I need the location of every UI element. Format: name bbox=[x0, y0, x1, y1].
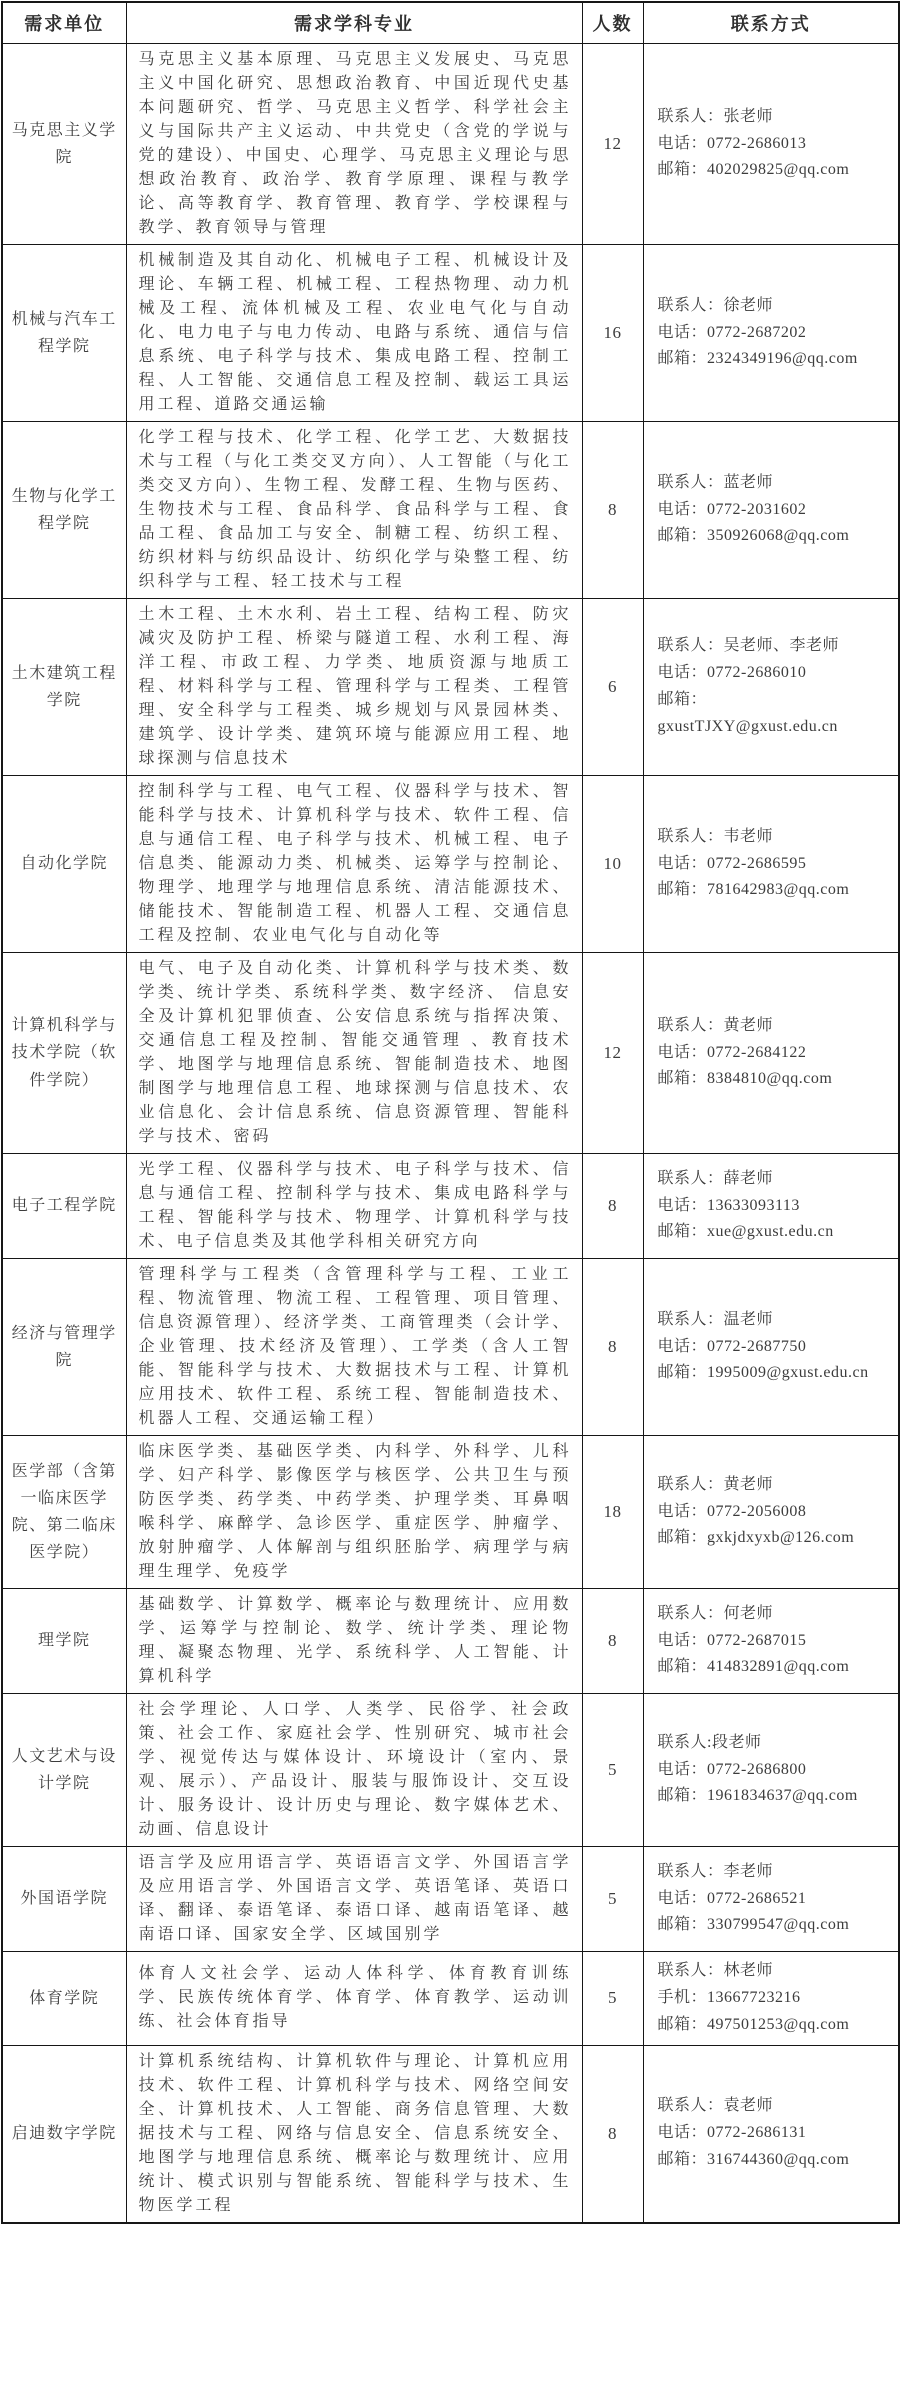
contact-line: 电话：0772-2686010 bbox=[658, 660, 893, 687]
contact-cell: 联系人：黄老师电话：0772-2056008邮箱：gxkjdxyxb@126.c… bbox=[643, 1436, 899, 1589]
count-cell: 8 bbox=[582, 1589, 643, 1694]
contact-line: 联系人：蓝老师 bbox=[658, 470, 893, 497]
table-row: 自动化学院控制科学与工程、电气工程、仪器科学与技术、智能科学与技术、计算机科学与… bbox=[2, 776, 899, 953]
contact-cell: 联系人：薛老师电话：13633093113邮箱：xue@gxust.edu.cn bbox=[643, 1154, 899, 1259]
majors-cell: 计算机系统结构、计算机软件与理论、计算机应用技术、软件工程、计算机科学与技术、网… bbox=[126, 2045, 582, 2223]
table-row: 机械与汽车工程学院机械制造及其自动化、机械电子工程、机械设计及理论、车辆工程、机… bbox=[2, 245, 899, 422]
unit-cell: 电子工程学院 bbox=[2, 1154, 126, 1259]
contact-line: 邮箱：1961834637@qq.com bbox=[658, 1783, 893, 1810]
document-page: 需求单位 需求学科专业 人数 联系方式 马克思主义学院马克思主义基本原理、马克思… bbox=[0, 0, 900, 2225]
contact-line: 邮箱：316744360@qq.com bbox=[658, 2147, 893, 2174]
contact-line: 电话：0772-2686595 bbox=[658, 851, 893, 878]
table-row: 马克思主义学院马克思主义基本原理、马克思主义发展史、马克思主义中国化研究、思想政… bbox=[2, 44, 899, 245]
contact-cell: 联系人：徐老师电话：0772-2687202邮箱：2324349196@qq.c… bbox=[643, 245, 899, 422]
contact-cell: 联系人：何老师电话：0772-2687015邮箱：414832891@qq.co… bbox=[643, 1589, 899, 1694]
count-cell: 8 bbox=[582, 1259, 643, 1436]
contact-line: 联系人：黄老师 bbox=[658, 1013, 893, 1040]
contact-cell: 联系人：袁老师电话：0772-2686131邮箱：316744360@qq.co… bbox=[643, 2045, 899, 2223]
contact-line: 联系人：林老师 bbox=[658, 1958, 893, 1985]
majors-cell: 土木工程、土木水利、岩土工程、结构工程、防灾减灾及防护工程、桥梁与隧道工程、水利… bbox=[126, 599, 582, 776]
table-header: 需求单位 需求学科专业 人数 联系方式 bbox=[2, 2, 899, 44]
count-cell: 8 bbox=[582, 422, 643, 599]
contact-line: 联系人：薛老师 bbox=[658, 1166, 893, 1193]
majors-cell: 电气、电子及自动化类、计算机科学与技术类、数学类、统计学类、系统科学类、数字经济… bbox=[126, 953, 582, 1154]
contact-line: 联系人：温老师 bbox=[658, 1307, 893, 1334]
count-cell: 8 bbox=[582, 1154, 643, 1259]
table-row: 外国语学院语言学及应用语言学、英语语言文学、外国语言学及应用语言学、外国语言文学… bbox=[2, 1847, 899, 1952]
contact-line: 电话：0772-2686013 bbox=[658, 131, 893, 158]
table-row: 启迪数字学院计算机系统结构、计算机软件与理论、计算机应用技术、软件工程、计算机科… bbox=[2, 2045, 899, 2223]
majors-cell: 临床医学类、基础医学类、内科学、外科学、儿科学、妇产科学、影像医学与核医学、公共… bbox=[126, 1436, 582, 1589]
table-row: 土木建筑工程学院土木工程、土木水利、岩土工程、结构工程、防灾减灾及防护工程、桥梁… bbox=[2, 599, 899, 776]
count-cell: 18 bbox=[582, 1436, 643, 1589]
table-row: 体育学院体育人文社会学、运动人体科学、体育教育训练学、民族传统体育学、体育学、体… bbox=[2, 1952, 899, 2046]
count-cell: 10 bbox=[582, 776, 643, 953]
count-cell: 5 bbox=[582, 1694, 643, 1847]
contact-line: 电话：0772-2684122 bbox=[658, 1040, 893, 1067]
contact-cell: 联系人:段老师电话：0772-2686800邮箱：1961834637@qq.c… bbox=[643, 1694, 899, 1847]
unit-cell: 体育学院 bbox=[2, 1952, 126, 2046]
table-body: 马克思主义学院马克思主义基本原理、马克思主义发展史、马克思主义中国化研究、思想政… bbox=[2, 44, 899, 2223]
column-header-count: 人数 bbox=[582, 2, 643, 44]
majors-cell: 体育人文社会学、运动人体科学、体育教育训练学、民族传统体育学、体育学、体育教学、… bbox=[126, 1952, 582, 2046]
contact-line: 联系人：张老师 bbox=[658, 104, 893, 131]
contact-cell: 联系人：吴老师、李老师电话：0772-2686010邮箱：gxustTJXY@g… bbox=[643, 599, 899, 776]
unit-cell: 机械与汽车工程学院 bbox=[2, 245, 126, 422]
count-cell: 5 bbox=[582, 1952, 643, 2046]
contact-line: 联系人：黄老师 bbox=[658, 1472, 893, 1499]
contact-line: 电话：13633093113 bbox=[658, 1193, 893, 1220]
contact-line: 联系人：何老师 bbox=[658, 1601, 893, 1628]
unit-cell: 人文艺术与设计学院 bbox=[2, 1694, 126, 1847]
count-cell: 12 bbox=[582, 953, 643, 1154]
majors-cell: 光学工程、仪器科学与技术、电子科学与技术、信息与通信工程、控制科学与技术、集成电… bbox=[126, 1154, 582, 1259]
contact-line: 邮箱：xue@gxust.edu.cn bbox=[658, 1219, 893, 1246]
majors-cell: 社会学理论、人口学、人类学、民俗学、社会政策、社会工作、家庭社会学、性别研究、城… bbox=[126, 1694, 582, 1847]
contact-cell: 联系人：黄老师电话：0772-2684122邮箱：8384810@qq.com bbox=[643, 953, 899, 1154]
table-row: 理学院基础数学、计算数学、概率论与数理统计、应用数学、运筹学与控制论、数学、统计… bbox=[2, 1589, 899, 1694]
contact-cell: 联系人：张老师电话：0772-2686013邮箱：402029825@qq.co… bbox=[643, 44, 899, 245]
unit-cell: 土木建筑工程学院 bbox=[2, 599, 126, 776]
contact-line: 电话：0772-2687750 bbox=[658, 1334, 893, 1361]
unit-cell: 理学院 bbox=[2, 1589, 126, 1694]
contact-line: 邮箱：350926068@qq.com bbox=[658, 523, 893, 550]
contact-cell: 联系人：蓝老师电话：0772-2031602邮箱：350926068@qq.co… bbox=[643, 422, 899, 599]
contact-line: 电话：0772-2031602 bbox=[658, 497, 893, 524]
contact-line: 邮箱：330799547@qq.com bbox=[658, 1912, 893, 1939]
contact-line: 邮箱：402029825@qq.com bbox=[658, 157, 893, 184]
majors-cell: 语言学及应用语言学、英语语言文学、外国语言学及应用语言学、外国语言文学、英语笔译… bbox=[126, 1847, 582, 1952]
contact-line: gxustTJXY@gxust.edu.cn bbox=[658, 714, 893, 741]
contact-line: 电话：0772-2687015 bbox=[658, 1628, 893, 1655]
table-row: 经济与管理学院管理科学与工程类（含管理科学与工程、工业工程、物流管理、物流工程、… bbox=[2, 1259, 899, 1436]
unit-cell: 计算机科学与技术学院（软件学院） bbox=[2, 953, 126, 1154]
contact-line: 手机：13667723216 bbox=[658, 1985, 893, 2012]
header-row: 需求单位 需求学科专业 人数 联系方式 bbox=[2, 2, 899, 44]
count-cell: 16 bbox=[582, 245, 643, 422]
contact-line: 电话：0772-2687202 bbox=[658, 320, 893, 347]
contact-line: 邮箱：gxkjdxyxb@126.com bbox=[658, 1525, 893, 1552]
table-row: 电子工程学院光学工程、仪器科学与技术、电子科学与技术、信息与通信工程、控制科学与… bbox=[2, 1154, 899, 1259]
contact-line: 联系人：吴老师、李老师 bbox=[658, 633, 893, 660]
contact-cell: 联系人：李老师电话：0772-2686521邮箱：330799547@qq.co… bbox=[643, 1847, 899, 1952]
contact-line: 邮箱： bbox=[658, 687, 893, 714]
table-row: 计算机科学与技术学院（软件学院）电气、电子及自动化类、计算机科学与技术类、数学类… bbox=[2, 953, 899, 1154]
contact-line: 电话：0772-2686131 bbox=[658, 2120, 893, 2147]
unit-cell: 马克思主义学院 bbox=[2, 44, 126, 245]
count-cell: 5 bbox=[582, 1847, 643, 1952]
majors-cell: 机械制造及其自动化、机械电子工程、机械设计及理论、车辆工程、机械工程、工程热物理… bbox=[126, 245, 582, 422]
contact-line: 联系人：李老师 bbox=[658, 1859, 893, 1886]
contact-line: 联系人:段老师 bbox=[658, 1730, 893, 1757]
unit-cell: 医学部（含第一临床医学院、第二临床医学院） bbox=[2, 1436, 126, 1589]
contact-cell: 联系人：温老师电话：0772-2687750邮箱：1995009@gxust.e… bbox=[643, 1259, 899, 1436]
contact-line: 邮箱：497501253@qq.com bbox=[658, 2012, 893, 2039]
unit-cell: 生物与化学工程学院 bbox=[2, 422, 126, 599]
contact-line: 电话：0772-2686521 bbox=[658, 1886, 893, 1913]
count-cell: 6 bbox=[582, 599, 643, 776]
contact-line: 邮箱：414832891@qq.com bbox=[658, 1654, 893, 1681]
unit-cell: 启迪数字学院 bbox=[2, 2045, 126, 2223]
majors-cell: 控制科学与工程、电气工程、仪器科学与技术、智能科学与技术、计算机科学与技术、软件… bbox=[126, 776, 582, 953]
contact-line: 联系人：韦老师 bbox=[658, 824, 893, 851]
contact-line: 电话：0772-2686800 bbox=[658, 1757, 893, 1784]
contact-cell: 联系人：林老师手机：13667723216邮箱：497501253@qq.com bbox=[643, 1952, 899, 2046]
table-row: 生物与化学工程学院化学工程与技术、化学工程、化学工艺、大数据技术与工程（与化工类… bbox=[2, 422, 899, 599]
contact-line: 联系人：袁老师 bbox=[658, 2093, 893, 2120]
majors-cell: 化学工程与技术、化学工程、化学工艺、大数据技术与工程（与化工类交叉方向）、人工智… bbox=[126, 422, 582, 599]
unit-cell: 自动化学院 bbox=[2, 776, 126, 953]
unit-cell: 经济与管理学院 bbox=[2, 1259, 126, 1436]
count-cell: 12 bbox=[582, 44, 643, 245]
contact-line: 邮箱：1995009@gxust.edu.cn bbox=[658, 1360, 893, 1387]
majors-cell: 管理科学与工程类（含管理科学与工程、工业工程、物流管理、物流工程、工程管理、项目… bbox=[126, 1259, 582, 1436]
contact-cell: 联系人：韦老师电话：0772-2686595邮箱：781642983@qq.co… bbox=[643, 776, 899, 953]
table-row: 医学部（含第一临床医学院、第二临床医学院）临床医学类、基础医学类、内科学、外科学… bbox=[2, 1436, 899, 1589]
table-row: 人文艺术与设计学院社会学理论、人口学、人类学、民俗学、社会政策、社会工作、家庭社… bbox=[2, 1694, 899, 1847]
column-header-contact: 联系方式 bbox=[643, 2, 899, 44]
contact-line: 邮箱：781642983@qq.com bbox=[658, 877, 893, 904]
contact-line: 电话：0772-2056008 bbox=[658, 1499, 893, 1526]
contact-line: 邮箱：2324349196@qq.com bbox=[658, 346, 893, 373]
count-cell: 8 bbox=[582, 2045, 643, 2223]
contact-line: 联系人：徐老师 bbox=[658, 293, 893, 320]
recruitment-table: 需求单位 需求学科专业 人数 联系方式 马克思主义学院马克思主义基本原理、马克思… bbox=[1, 1, 900, 2224]
column-header-majors: 需求学科专业 bbox=[126, 2, 582, 44]
unit-cell: 外国语学院 bbox=[2, 1847, 126, 1952]
majors-cell: 基础数学、计算数学、概率论与数理统计、应用数学、运筹学与控制论、数学、统计学类、… bbox=[126, 1589, 582, 1694]
majors-cell: 马克思主义基本原理、马克思主义发展史、马克思主义中国化研究、思想政治教育、中国近… bbox=[126, 44, 582, 245]
column-header-unit: 需求单位 bbox=[2, 2, 126, 44]
contact-line: 邮箱：8384810@qq.com bbox=[658, 1066, 893, 1093]
